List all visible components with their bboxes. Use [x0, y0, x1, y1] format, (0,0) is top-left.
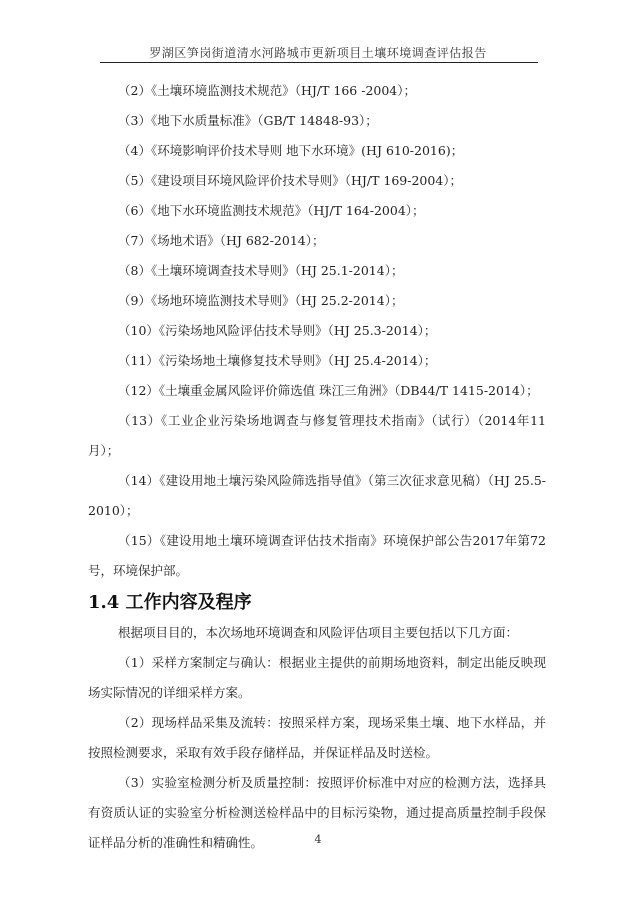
reference-list: （2）《土壤环境监测技术规范》（HJ/T 166 -2004）； （3）《地下水…: [88, 76, 546, 586]
reference-item: （4）《环境影响评价技术导则 地下水环境》(HJ 610-2016)；: [88, 136, 546, 166]
reference-item: （5）《建设项目环境风险评价技术导则》（HJ/T 169-2004）；: [88, 166, 546, 196]
page-number: 4: [0, 833, 636, 846]
section-intro: 根据项目目的，本次场地环境调查和风险评估项目主要包括以下几方面：: [88, 618, 546, 648]
work-item: （2）现场样品采集及流转：按照采样方案，现场采集土壤、地下水样品，并按照检测要求…: [88, 708, 546, 768]
reference-item: （3）《地下水质量标准》（GB/T 14848-93）；: [88, 106, 546, 136]
reference-item: （9）《场地环境监测技术导则》（HJ 25.2-2014）；: [88, 286, 546, 316]
reference-item: （12）《土壤重金属风险评价筛选值 珠江三角洲》（DB44/T 1415-201…: [88, 376, 546, 406]
work-item: （1）采样方案制定与确认：根据业主提供的前期场地资料，制定出能反映现场实际情况的…: [88, 648, 546, 708]
reference-item: （8）《土壤环境调查技术导则》（HJ 25.1-2014）；: [88, 256, 546, 286]
reference-item: （6）《地下水环境监测技术规范》（HJ/T 164-2004）；: [88, 196, 546, 226]
header-title: 罗湖区笋岗街道清水河路城市更新项目土壤环境调查评估报告: [0, 44, 636, 61]
header-divider: [100, 62, 538, 63]
reference-item: （7）《场地术语》（HJ 682-2014）；: [88, 226, 546, 256]
reference-item: （10）《污染场地风险评估技术导则》（HJ 25.3-2014）；: [88, 316, 546, 346]
section-heading: 1.4 工作内容及程序: [88, 588, 546, 618]
page-body: （2）《土壤环境监测技术规范》（HJ/T 166 -2004）； （3）《地下水…: [88, 76, 546, 858]
reference-item: （15）《建设用地土壤环境调查评估技术指南》环境保护部公告2017年第72号，环…: [88, 526, 546, 586]
reference-item: （13）《工业企业污染场地调查与修复管理技术指南》（试行）（2014年11月）；: [88, 406, 546, 466]
reference-item: （2）《土壤环境监测技术规范》（HJ/T 166 -2004）；: [88, 76, 546, 106]
reference-item: （11）《污染场地土壤修复技术导则》（HJ 25.4-2014）；: [88, 346, 546, 376]
reference-item: （14）《建设用地土壤污染风险筛选指导值》（第三次征求意见稿）（HJ 25.5-…: [88, 466, 546, 526]
